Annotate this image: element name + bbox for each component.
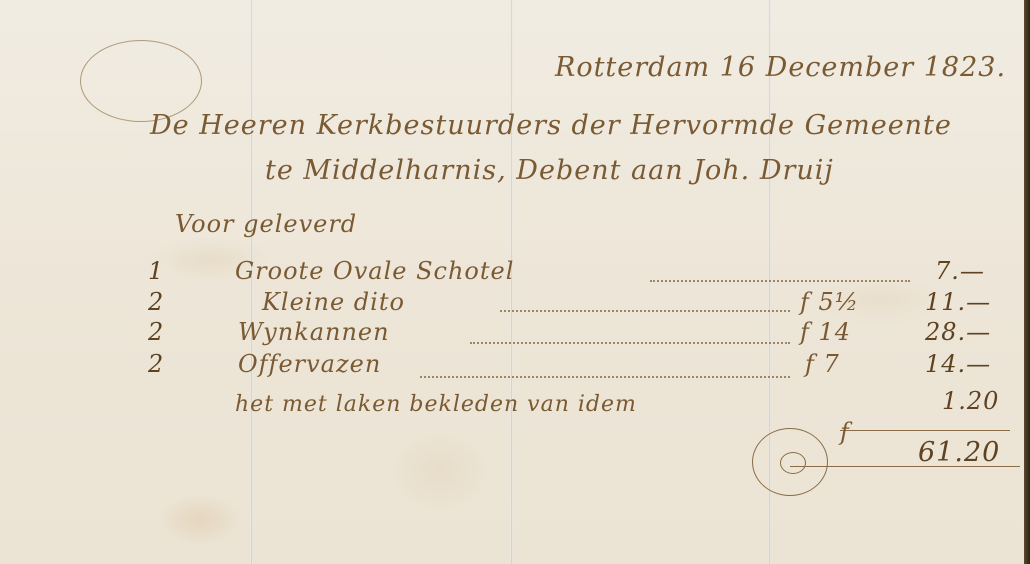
amount: 28.— (925, 318, 991, 346)
leader-dots (420, 376, 790, 378)
unit-price: f 14 (800, 318, 851, 346)
leader-dots (470, 342, 790, 344)
amount: 14.— (925, 350, 991, 378)
description: Offervazen (238, 350, 381, 378)
place-date: Rotterdam 16 December 1823. (555, 52, 1006, 83)
qty: 1 (148, 257, 164, 285)
description: het met laken bekleden van idem (235, 392, 637, 417)
description: Kleine dito (262, 288, 405, 316)
qty: 2 (148, 350, 164, 378)
qty: 2 (148, 318, 164, 346)
total-amount: 61.20 (918, 437, 1000, 468)
paper-edge (1024, 0, 1030, 564)
paraph-flourish-inner (780, 452, 806, 474)
addressee-line-1: De Heeren Kerkbestuurders der Hervormde … (150, 110, 952, 141)
heading: Voor geleverd (175, 210, 357, 238)
amount: 11.— (925, 288, 991, 316)
total-label: f (840, 418, 850, 446)
sum-rule (840, 430, 1010, 431)
unit-price: f 5½ (800, 288, 859, 316)
addressee-line-2: te Middelharnis, Debent aan Joh. Druij (265, 155, 834, 186)
amount: 7.— (935, 257, 985, 285)
amount: 1.20 (942, 387, 999, 415)
description: Groote Ovale Schotel (235, 257, 514, 285)
description: Wynkannen (238, 318, 390, 346)
qty: 2 (148, 288, 164, 316)
leader-dots (500, 310, 790, 312)
unit-price: f 7 (805, 350, 840, 378)
leader-dots (650, 280, 910, 282)
